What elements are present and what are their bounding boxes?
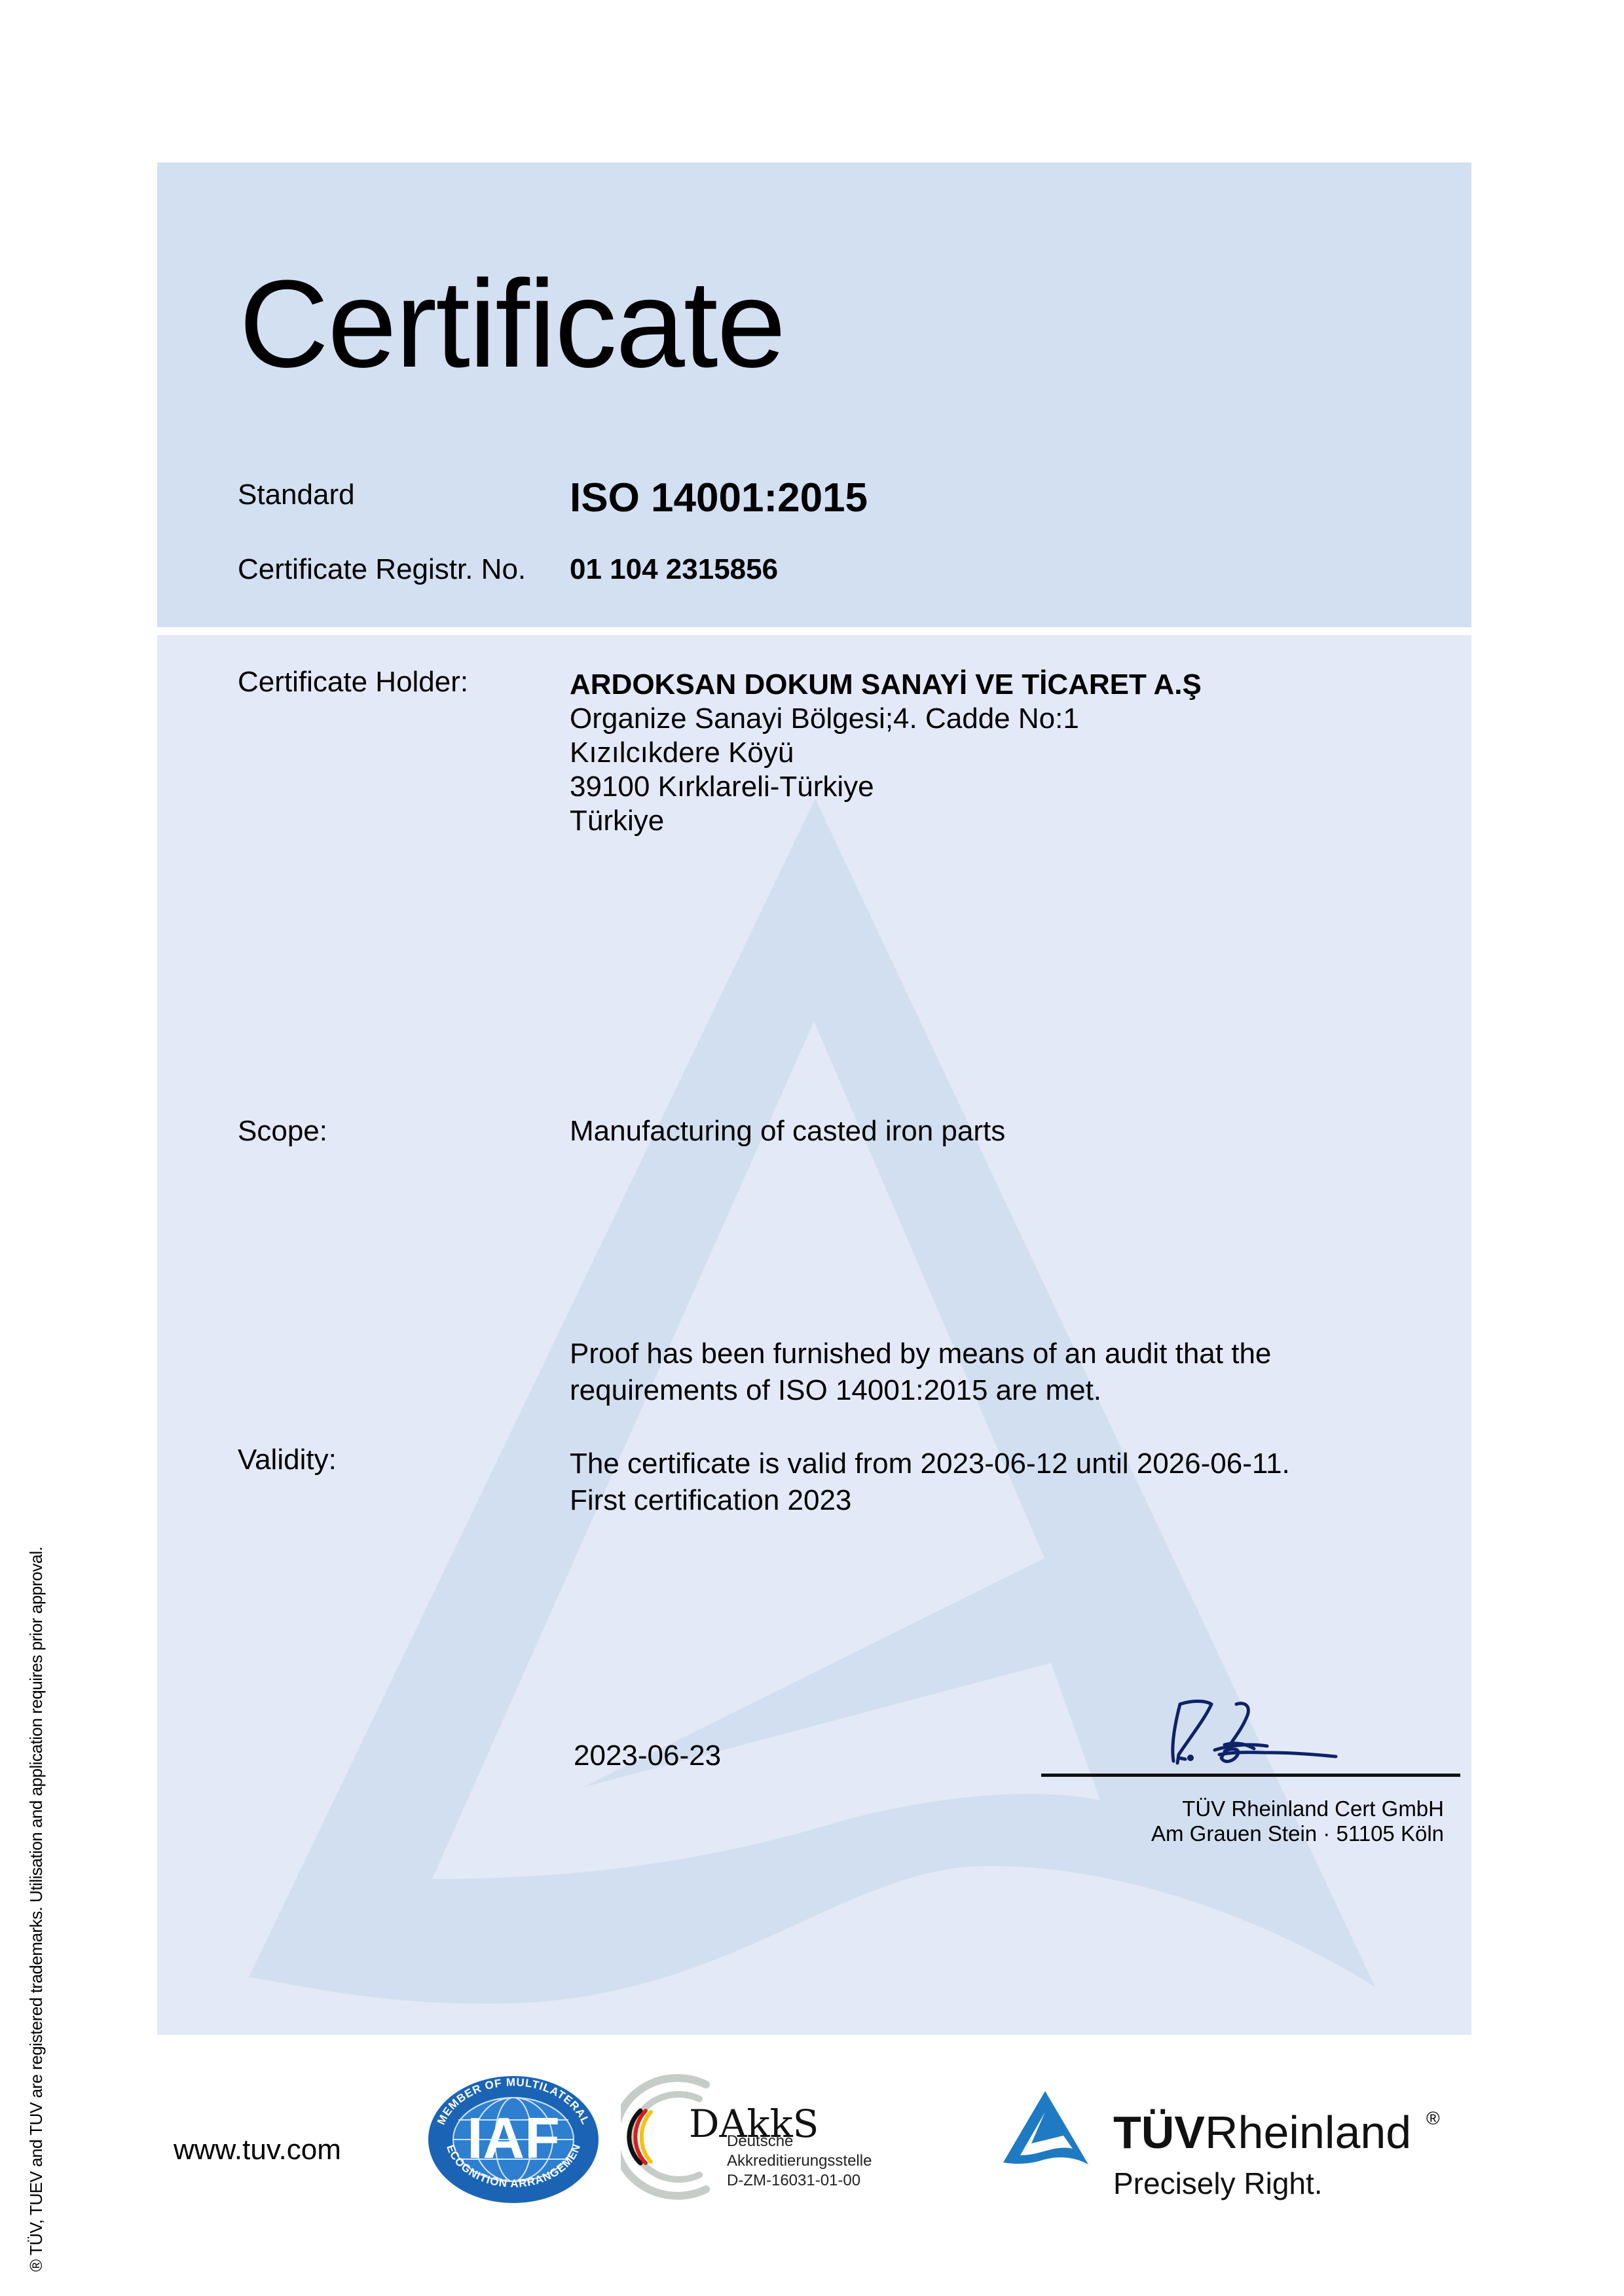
tuv-brand: TÜVRheinland [1113, 2109, 1411, 2155]
issuer-name: TÜV Rheinland Cert GmbH [1151, 1796, 1444, 1821]
proof-line: requirements of ISO 14001:2015 are met. [570, 1372, 1271, 1409]
validity-label: Validity: [238, 1446, 337, 1474]
scope-value: Manufacturing of casted iron parts [570, 1117, 1005, 1146]
signature-icon [1159, 1692, 1349, 1771]
issue-date: 2023-06-23 [574, 1741, 721, 1770]
standard-value: ISO 14001:2015 [570, 478, 868, 519]
holder-name: ARDOKSAN DOKUM SANAYİ VE TİCARET A.Ş [570, 668, 1202, 702]
tuv-brand-bold: TÜV [1113, 2107, 1205, 2158]
page-title: Certificate [239, 262, 784, 386]
proof-statement: Proof has been furnished by means of an … [570, 1336, 1271, 1409]
proof-line: Proof has been furnished by means of an … [570, 1336, 1271, 1372]
signature-line [1041, 1774, 1460, 1777]
registration-label: Certificate Registr. No. [238, 555, 526, 584]
validity-line: First certification 2023 [570, 1482, 1290, 1519]
trademark-note: ® TÜV, TUEV and TUV are registered trade… [26, 1547, 46, 2272]
holder-label: Certificate Holder: [238, 668, 468, 697]
tuv-slogan: Precisely Right. [1113, 2168, 1323, 2198]
dakks-line: D-ZM-16031-01-00 [727, 2171, 872, 2191]
registered-mark: ® [1426, 2109, 1440, 2128]
standard-label: Standard [238, 481, 355, 509]
validity-statement: The certificate is valid from 2023-06-12… [570, 1446, 1290, 1519]
issuer-address: Am Grauen Stein · 51105 Köln [1151, 1821, 1444, 1846]
svg-text:IAF: IAF [467, 2105, 560, 2170]
tuv-brand-regular: Rheinland [1205, 2107, 1411, 2158]
dakks-line: Deutsche [727, 2132, 872, 2151]
iaf-logo-icon: IAF MEMBER OF MULTILATERAL RECOGNITION A… [427, 2074, 600, 2205]
registration-number: 01 104 2315856 [570, 555, 778, 584]
dakks-line: Akkreditierungsstelle [727, 2151, 872, 2171]
dakks-details: Deutsche Akkreditierungsstelle D-ZM-1603… [727, 2132, 872, 2191]
holder-address-line: 39100 Kırklareli-Türkiye [570, 770, 1202, 804]
holder-address-line: Türkiye [570, 804, 1202, 838]
issuer-block: TÜV Rheinland Cert GmbH Am Grauen Stein … [1151, 1796, 1444, 1846]
validity-line: The certificate is valid from 2023-06-12… [570, 1446, 1290, 1482]
holder-details: ARDOKSAN DOKUM SANAYİ VE TİCARET A.Ş Org… [570, 668, 1202, 838]
holder-address-line: Kızılcıkdere Köyü [570, 736, 1202, 770]
tuv-triangle-logo-icon [1002, 2087, 1094, 2172]
website-link[interactable]: www.tuv.com [174, 2136, 341, 2164]
scope-label: Scope: [238, 1117, 327, 1146]
holder-address-line: Organize Sanayi Bölgesi;4. Cadde No:1 [570, 702, 1202, 736]
